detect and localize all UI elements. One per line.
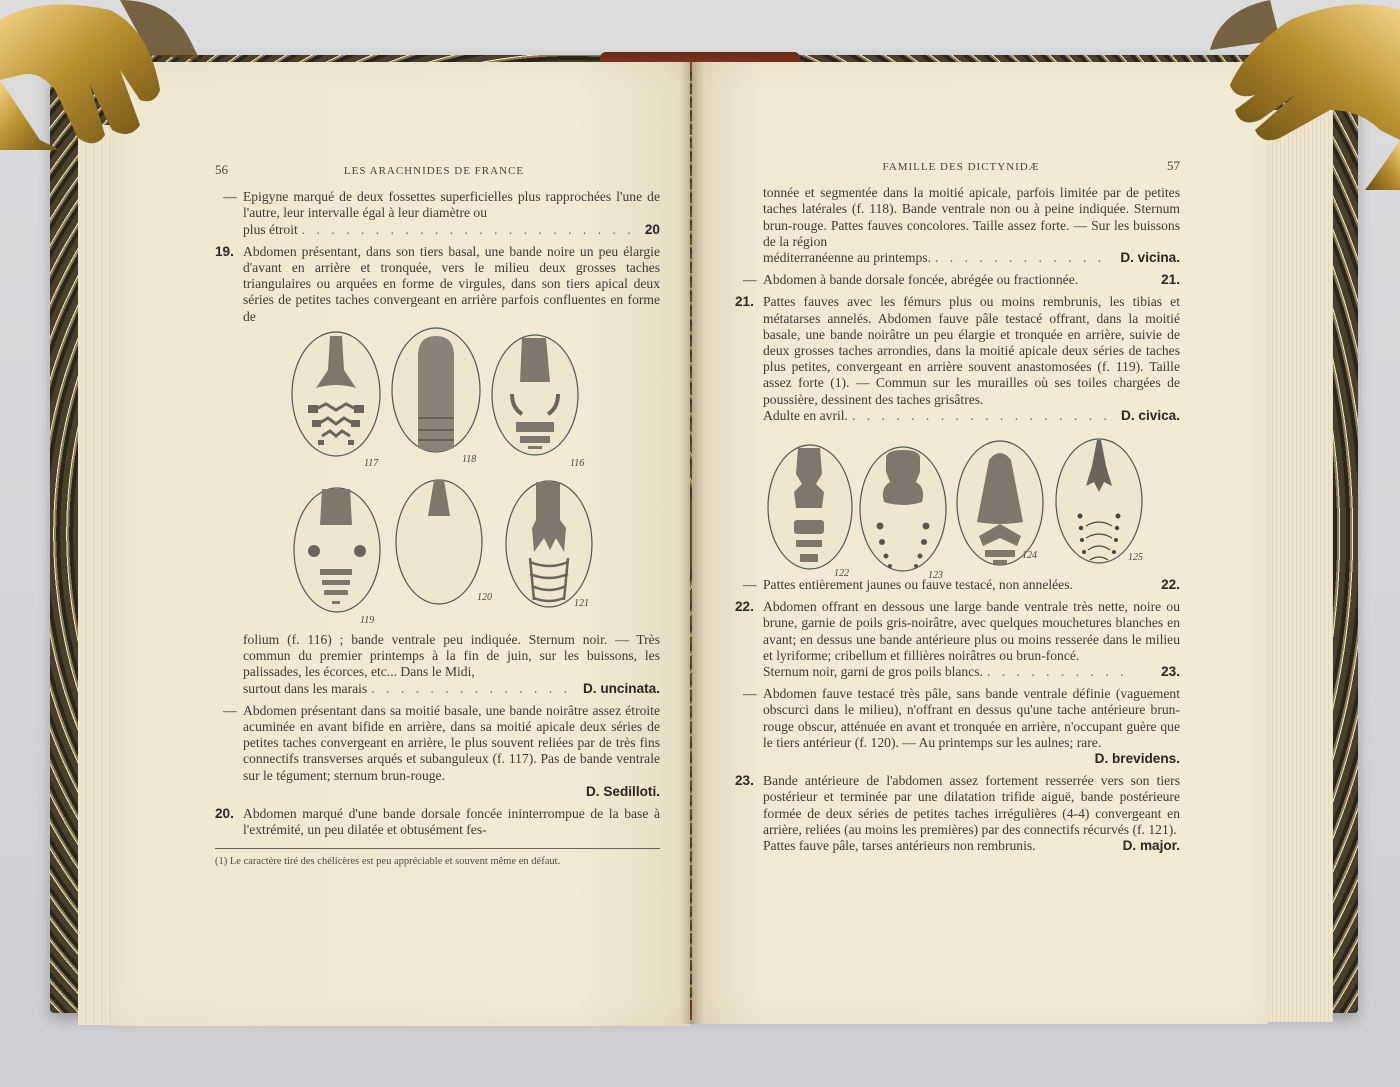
- couplet-target: 23.: [1161, 664, 1180, 680]
- leader-dots: . . . . . . . . . .: [987, 664, 1157, 680]
- entry-number: 22.: [735, 599, 754, 615]
- figure-117: [290, 330, 382, 463]
- left-page-text: 56 LES ARACHNIDES DE FRANCE — Epigyne ma…: [215, 162, 660, 331]
- right-figure-plate: 122 123 124 125: [760, 438, 1160, 588]
- entry-lead: —: [743, 272, 757, 288]
- entry-lead: —: [743, 577, 757, 593]
- figure-116: [490, 332, 580, 463]
- left-running-header: 56 LES ARACHNIDES DE FRANCE: [215, 162, 660, 179]
- book-gutter: [680, 62, 704, 1024]
- abdomen-drawing-icon: [490, 332, 580, 458]
- entry-last-line: Sternum noir, garni de gros poils blancs…: [763, 664, 983, 680]
- figure-label: 118: [462, 454, 476, 465]
- abdomen-drawing-icon: [390, 326, 482, 454]
- key-entry: tonnée et segmentée dans la moitié apica…: [735, 185, 1180, 266]
- brass-hand-right-icon: [1200, 0, 1400, 195]
- entry-number: 21.: [735, 294, 754, 310]
- entry-text: Epigyne marqué de deux fossettes superfi…: [243, 189, 660, 221]
- figure-label: 119: [360, 615, 374, 626]
- species-name: D. Sedilloti.: [586, 784, 660, 799]
- key-entry: — Abdomen à bande dorsale foncée, abrégé…: [735, 272, 1180, 288]
- key-entry: 23. Bande antérieure de l'abdomen assez …: [735, 773, 1180, 854]
- couplet-target: 21.: [1161, 272, 1180, 288]
- couplet-target: 20: [645, 222, 660, 238]
- entry-text: Abdomen offrant en dessous une large ban…: [763, 599, 1180, 664]
- leader-dots: . . . . . . . . . . . .: [935, 250, 1116, 266]
- key-entry: — Epigyne marqué de deux fossettes super…: [215, 189, 660, 238]
- figure-123: [858, 444, 948, 579]
- species-line: D. brevidens.: [763, 751, 1180, 767]
- footnote-divider: [215, 848, 660, 849]
- entry-end-line: surtout dans les marais . . . . . . . . …: [243, 681, 660, 697]
- species-line: D. Sedilloti.: [243, 784, 660, 800]
- footnote: (1) Le caractère tiré des chélicères est…: [215, 855, 660, 868]
- entry-lead: —: [223, 703, 237, 719]
- leader-dots: . . . . . . . . . . . . . . . . . . . . …: [302, 222, 641, 238]
- left-figure-plate: 117 118 116 119: [282, 330, 602, 630]
- entry-last-line: plus étroit: [243, 222, 298, 238]
- entry-last-line: surtout dans les marais: [243, 681, 367, 697]
- key-entry: 20. Abdomen marqué d'une bande dorsale f…: [215, 806, 660, 838]
- leader-dots: . . . . . . . . . . . . . . . . . . . .: [371, 681, 579, 697]
- leader-dots: . . . . . . . . . . . . . . . . . . . .: [852, 408, 1117, 424]
- entry-last-line: Pattes entièrement jaunes ou fauve testa…: [763, 577, 1073, 593]
- entry-lead: —: [223, 189, 237, 205]
- right-running-header: FAMILLE DES DICTYNIDÆ 57: [735, 158, 1180, 175]
- couplet-target: 22.: [1161, 577, 1180, 593]
- figure-label: 116: [570, 458, 584, 469]
- figure-119: [292, 485, 382, 620]
- entry-end-line: Adulte en avril. . . . . . . . . . . . .…: [763, 408, 1180, 424]
- figure-label: 125: [1128, 552, 1143, 563]
- brass-hand-left-icon: [0, 0, 200, 155]
- abdomen-drawing-icon: [504, 478, 594, 610]
- species-name: D. major.: [1123, 838, 1180, 854]
- right-page-lower-text: — Pattes entièrement jaunes ou fauve tes…: [735, 577, 1180, 860]
- entry-number: 19.: [215, 244, 234, 260]
- key-entry: — Abdomen fauve testacé très pâle, sans …: [735, 686, 1180, 767]
- entry-end-line: Pattes fauve pâle, tarses antérieurs non…: [763, 838, 1180, 854]
- entry-last-line: méditerranéenne au printemps.: [763, 250, 931, 266]
- entry-number: 20.: [215, 806, 234, 822]
- running-head: FAMILLE DES DICTYNIDÆ: [882, 159, 1039, 175]
- page-number: 56: [215, 162, 228, 178]
- right-page-stack: [1265, 110, 1333, 1022]
- species-name: D. vicina.: [1120, 250, 1180, 266]
- figure-120: [394, 478, 484, 611]
- entry-text: Abdomen marqué d'une bande dorsale foncé…: [243, 806, 660, 838]
- key-entry: — Abdomen présentant dans sa moitié basa…: [215, 703, 660, 800]
- entry-last-line: Abdomen à bande dorsale foncée, abrégée …: [763, 272, 1078, 288]
- key-entry: 22. Abdomen offrant en dessous une large…: [735, 599, 1180, 680]
- entry-text: Abdomen fauve testacé très pâle, sans ba…: [763, 686, 1180, 751]
- entry-text: Abdomen présentant dans sa moitié basale…: [243, 703, 660, 784]
- entry-text: folium (f. 116) ; bande ventrale peu ind…: [243, 632, 660, 681]
- entry-text: Bande antérieure de l'abdomen assez fort…: [763, 773, 1180, 838]
- entry-number: 23.: [735, 773, 754, 789]
- entry-lead: —: [743, 686, 757, 702]
- figure-label: 124: [1022, 550, 1037, 561]
- species-name: D. civica.: [1121, 408, 1180, 424]
- abdomen-drawing-icon: [955, 438, 1045, 568]
- left-page-lower-text: folium (f. 116) ; bande ventrale peu ind…: [215, 632, 660, 868]
- abdomen-drawing-icon: [290, 330, 382, 458]
- figure-125: [1054, 436, 1144, 571]
- figure-label: 117: [364, 458, 378, 469]
- entry-text: Abdomen présentant, dans son tiers basal…: [243, 244, 660, 325]
- page-number: 57: [1167, 158, 1180, 174]
- key-entry: 21. Pattes fauves avec les fémurs plus o…: [735, 294, 1180, 424]
- figure-label: 121: [574, 598, 589, 609]
- entry-end-line: Pattes entièrement jaunes ou fauve testa…: [763, 577, 1180, 593]
- entry-end-line: méditerranéenne au printemps. . . . . . …: [763, 250, 1180, 266]
- figure-121: [504, 478, 594, 615]
- entry-last-line: Adulte en avril.: [763, 408, 848, 424]
- figure-118: [390, 326, 482, 459]
- entry-end-line: Abdomen à bande dorsale foncée, abrégée …: [763, 272, 1180, 288]
- figure-label: 120: [477, 592, 492, 603]
- species-name: D. brevidens.: [1095, 751, 1180, 766]
- key-entry: 19. Abdomen présentant, dans son tiers b…: [215, 244, 660, 325]
- abdomen-drawing-icon: [292, 485, 382, 615]
- species-name: D. uncinata.: [583, 681, 660, 697]
- figure-122: [766, 442, 854, 577]
- key-entry: — Pattes entièrement jaunes ou fauve tes…: [735, 577, 1180, 593]
- key-entry: folium (f. 116) ; bande ventrale peu ind…: [215, 632, 660, 697]
- entry-last-line: Pattes fauve pâle, tarses antérieurs non…: [763, 838, 1036, 854]
- right-page-text: FAMILLE DES DICTYNIDÆ 57 tonnée et segme…: [735, 158, 1180, 430]
- abdomen-drawing-icon: [1054, 436, 1144, 566]
- entry-end-line: plus étroit . . . . . . . . . . . . . . …: [243, 222, 660, 238]
- entry-end-line: Sternum noir, garni de gros poils blancs…: [763, 664, 1180, 680]
- running-head: LES ARACHNIDES DE FRANCE: [344, 163, 524, 179]
- abdomen-drawing-icon: [394, 478, 484, 606]
- entry-text: Pattes fauves avec les fémurs plus ou mo…: [763, 294, 1180, 407]
- entry-text: tonnée et segmentée dans la moitié apica…: [763, 185, 1180, 250]
- abdomen-drawing-icon: [858, 444, 948, 574]
- abdomen-drawing-icon: [766, 442, 854, 572]
